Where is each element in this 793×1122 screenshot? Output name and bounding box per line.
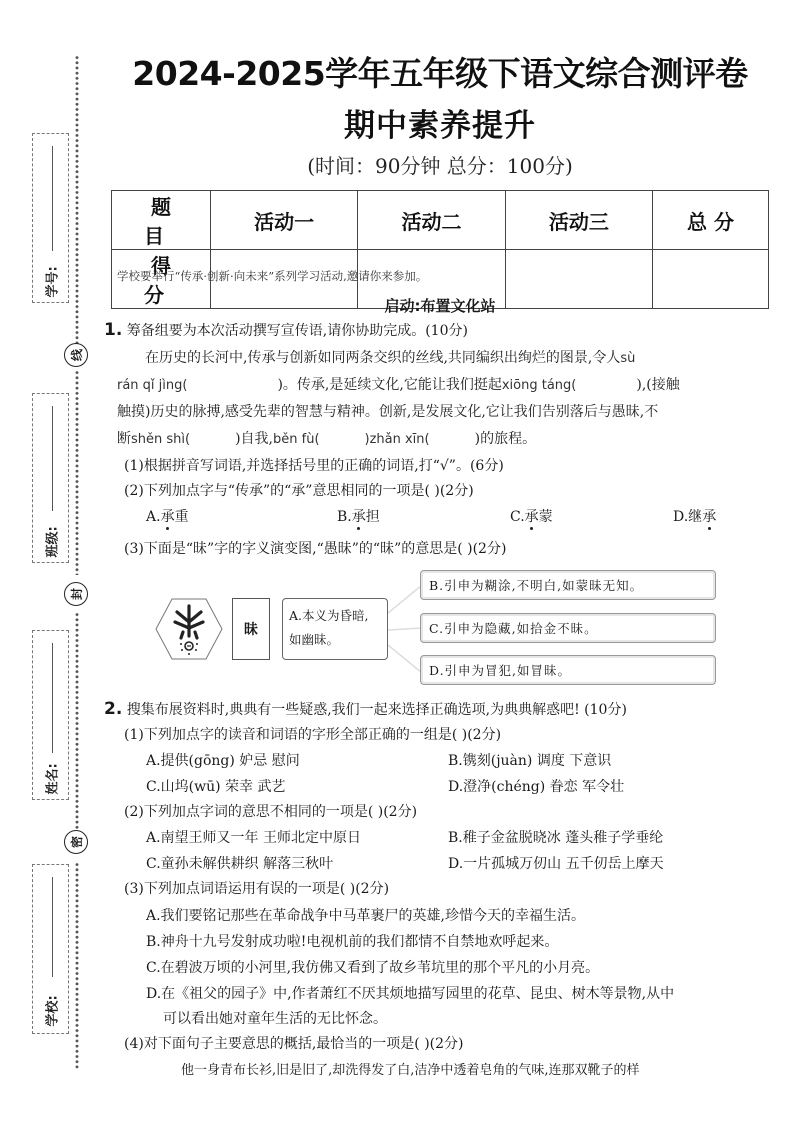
header-cell: 总 分 [653, 191, 769, 250]
name-label: 姓名: [42, 767, 61, 795]
q2-sub2: (2)下列加点字词的意思不相同的一项是( )(2分) [124, 801, 417, 821]
q2-sub1-option-b[interactable]: B.镌刻(juàn) 调度 下意识 [448, 750, 611, 770]
q2-sub3: (3)下列加点词语运用有误的一项是( )(2分) [124, 878, 389, 898]
student-id-label: 学号: [42, 270, 61, 298]
intro-text: 学校要举行“传承·创新·向未来”系列学习活动,邀请你来参加。 [117, 268, 427, 284]
meaning-box-c[interactable]: C.引申为隐藏,如拾金不昧。 [420, 613, 716, 643]
school-field[interactable]: 学校: [32, 864, 69, 1034]
meaning-box-b[interactable]: B.引申为糊涂,不明白,如蒙昧无知。 [420, 570, 716, 600]
header-cell: 活动三 [505, 191, 652, 250]
q1-sub2-option-a[interactable]: A.承重 [146, 506, 189, 526]
q2-sub3-option-a[interactable]: A.我们要铭记那些在革命战争中马革裹尸的英雄,珍惜今天的幸福生活。 [146, 905, 585, 925]
q2-sub2-option-d[interactable]: D.一片孤城万仞山 五千仞岳上摩天 [448, 853, 664, 873]
q2-sub3-option-d[interactable]: D.在《祖父的园子》中,作者萧红不厌其烦地描写园里的花草、昆虫、树木等景物,从中 [146, 983, 674, 1003]
fill-line [52, 643, 53, 753]
q2-sub4-passage: 他一身青布长衫,旧是旧了,却洗得发了白,洁净中透着皂角的气味,连那双靴子的样 [181, 1059, 640, 1078]
q2-sub3-option-c[interactable]: C.在碧波万顷的小河里,我仿佛又看到了故乡苇坑里的那个平凡的小月亮。 [146, 957, 599, 977]
header-cell: 题 目 [112, 191, 211, 250]
seal-feng-icon: 封 [64, 582, 88, 606]
name-field[interactable]: 姓名: [32, 630, 69, 800]
score-table-header-row: 题 目 活动一 活动二 活动三 总 分 [112, 191, 769, 250]
q2-sub1-option-a[interactable]: A.提供(gōng) 妒忌 慰问 [146, 750, 300, 770]
exam-subtitle: 期中素养提升 [100, 100, 780, 145]
binding-margin: 线 封 密 学号: 班级: 姓名: 学校: [0, 0, 100, 1122]
header-cell: 活动二 [358, 191, 505, 250]
fill-line [52, 406, 53, 511]
connector-lines [388, 585, 422, 675]
class-field[interactable]: 班级: [32, 393, 69, 563]
passage-line: 触摸)历史的脉搏,感受先辈的智慧与精神。创新,是发展文化,它让我们告别落后与愚昧… [117, 399, 767, 426]
dotted-cut-line [74, 55, 80, 345]
q2-sub2-option-c[interactable]: C.童孙未解供耕织 解落三秋叶 [146, 853, 333, 873]
seal-mi-icon: 密 [64, 830, 88, 854]
q2-sub1-option-d[interactable]: D.澄净(chéng) 眷恋 军令壮 [448, 776, 624, 796]
passage-line: 在历史的长河中,传承与创新如同两条交织的丝线,共同编织出绚烂的图景,令人sù [117, 345, 767, 372]
dotted-cut-line [74, 612, 80, 830]
q2-sub2-option-b[interactable]: B.稚子金盆脱晓冰 蓬头稚子学垂纶 [448, 827, 663, 847]
q2-prompt: 2. 搜集布展资料时,典典有一些疑惑,我们一起来选择正确选项,为典典解惑吧! (… [104, 699, 627, 719]
q1-prompt: 1. 筹备组要为本次活动撰写宣传语,请你协助完成。(10分) [104, 320, 468, 340]
q1-sub1: (1)根据拼音写词语,并选择括号里的正确的词语,打“√”。(6分) [124, 455, 504, 475]
meaning-box-a[interactable]: A.本义为昏暗, 如幽昧。 [282, 598, 388, 660]
passage-line: 断shěn shì()自我,běn fù()zhǎn xīn()的旅程。 [117, 426, 767, 453]
oracle-bone-glyph-icon [155, 598, 223, 660]
dotted-cut-line [74, 370, 80, 575]
class-label: 班级: [42, 530, 61, 558]
time-score-info: (时间：90分钟 总分：100分) [100, 150, 780, 179]
section-title: 启动:布置文化站 [100, 295, 780, 316]
q1-sub3: (3)下面是“昧”字的字义演变图,“愚昧”的“昧”的意思是( )(2分) [124, 538, 506, 558]
question-number: 2. [104, 699, 122, 719]
passage-line: rán qǐ jìng()。传承,是延续文化,它能让我们挺起xiōng táng… [117, 372, 767, 399]
fill-line [52, 877, 53, 977]
character-box: 昧 [232, 598, 270, 660]
q2-sub1-option-c[interactable]: C.山坞(wū) 荣幸 武艺 [146, 776, 286, 796]
question-text: 搜集布展资料时,典典有一些疑惑,我们一起来选择正确选项,为典典解惑吧! (10分… [127, 702, 627, 718]
q1-sub2: (2)下列加点字与“传承”的“承”意思相同的一项是( )(2分) [124, 480, 474, 500]
q2-sub2-option-a[interactable]: A.南望王师又一年 王师北定中原日 [146, 827, 361, 847]
fill-line [52, 146, 53, 251]
student-id-field[interactable]: 学号: [32, 133, 69, 303]
q2-sub3-option-b[interactable]: B.神舟十九号发射成功啦!电视机前的我们都情不自禁地欢呼起来。 [146, 931, 558, 951]
header-cell: 活动一 [211, 191, 358, 250]
score-table: 题 目 活动一 活动二 活动三 总 分 得 分 [111, 190, 769, 309]
character-evolution-diagram: 昧 A.本义为昏暗, 如幽昧。 B.引申为糊涂,不明白,如蒙昧无知。 C.引申为… [150, 565, 730, 695]
question-number: 1. [104, 320, 122, 340]
exam-title: 2024-2025学年五年级下语文综合测评卷 [100, 48, 780, 95]
q1-sub2-option-c[interactable]: C.承蒙 [510, 506, 553, 526]
meaning-box-d[interactable]: D.引申为冒犯,如冒昧。 [420, 655, 716, 685]
school-label: 学校: [42, 999, 61, 1027]
q2-sub4: (4)对下面句子主要意思的概括,最恰当的一项是( )(2分) [124, 1033, 464, 1053]
dotted-cut-line [74, 862, 80, 1070]
q1-passage: 在历史的长河中,传承与创新如同两条交织的丝线,共同编织出绚烂的图景,令人sù r… [117, 345, 767, 453]
seal-xian-icon: 线 [64, 343, 88, 367]
q1-sub2-option-b[interactable]: B.承担 [337, 506, 380, 526]
question-text: 筹备组要为本次活动撰写宣传语,请你协助完成。(10分) [127, 323, 468, 339]
q2-sub1: (1)下列加点字的读音和词语的字形全部正确的一组是( )(2分) [124, 724, 501, 744]
q2-sub3-option-d-cont: 可以看出她对童年生活的无比怀念。 [163, 1008, 387, 1028]
q1-sub2-option-d[interactable]: D.继承 [673, 506, 716, 526]
